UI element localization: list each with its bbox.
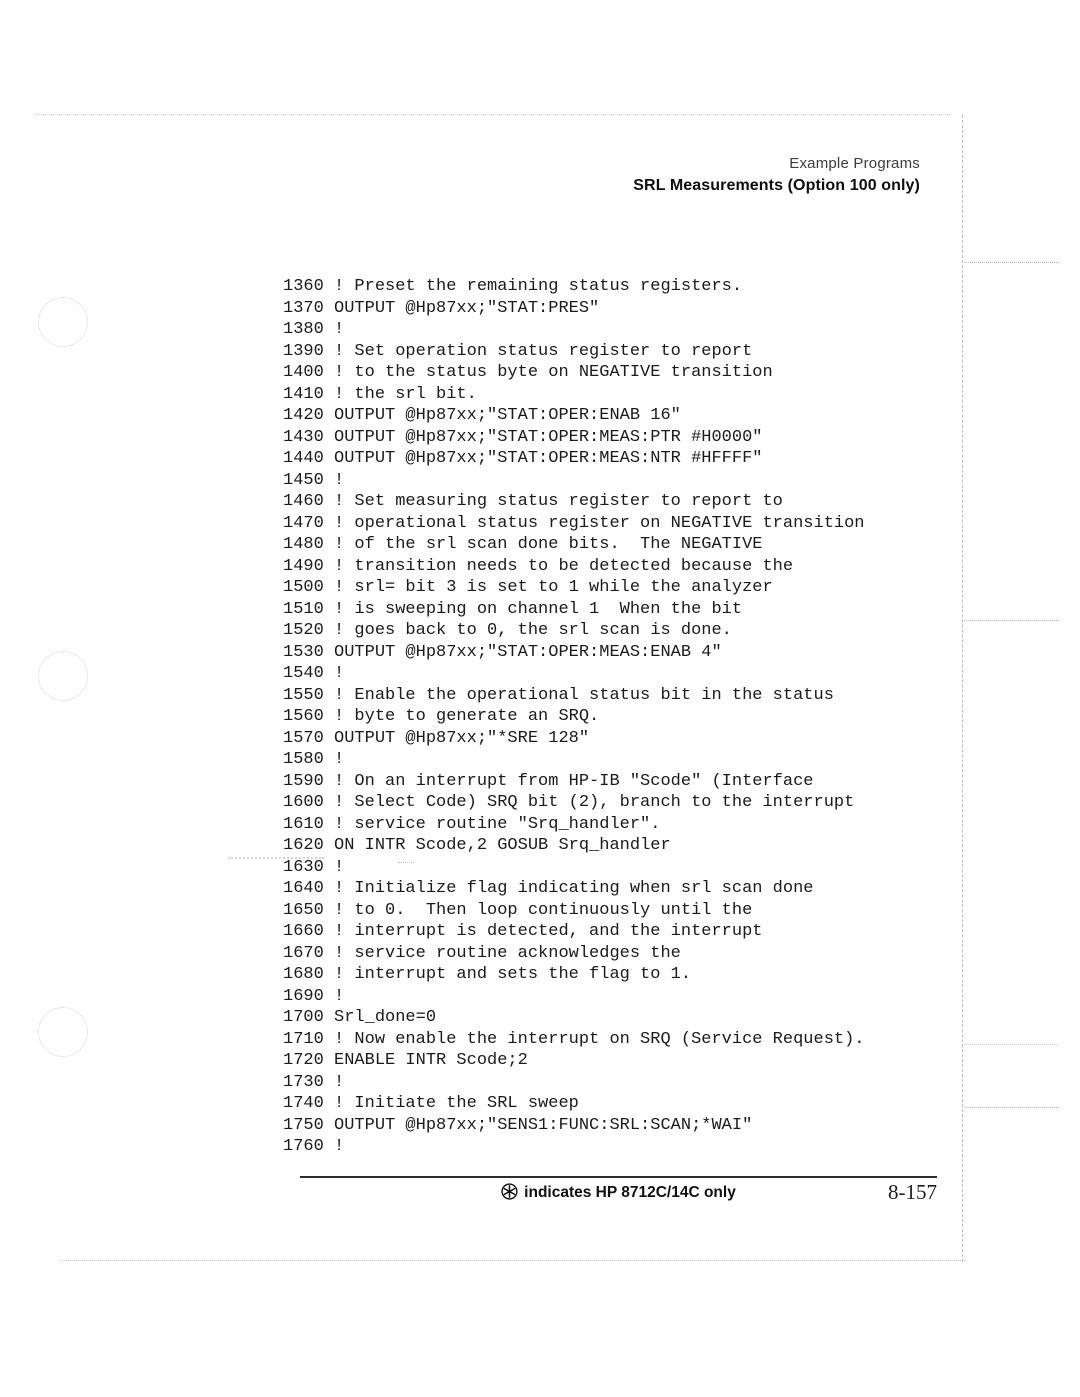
code-line: 1510 ! is sweeping on channel 1 When the… [283,599,865,621]
code-line: 1620 ON INTR Scode,2 GOSUB Srq_handler [283,835,865,857]
footer-note-text: indicates HP 8712C/14C only [524,1184,736,1201]
right-tick-mark [964,262,1059,263]
code-line: 1530 OUTPUT @Hp87xx;"STAT:OPER:MEAS:ENAB… [283,642,865,664]
code-line: 1570 OUTPUT @Hp87xx;"*SRE 128" [283,728,865,750]
code-line: 1660 ! interrupt is detected, and the in… [283,921,865,943]
hole-punch-mark [38,651,88,701]
code-line: 1670 ! service routine acknowledges the [283,943,865,965]
code-line: 1400 ! to the status byte on NEGATIVE tr… [283,362,865,384]
code-line: 1450 ! [283,470,865,492]
code-line: 1740 ! Initiate the SRL sweep [283,1093,865,1115]
code-line: 1650 ! to 0. Then loop continuously unti… [283,900,865,922]
code-line: 1720 ENABLE INTR Scode;2 [283,1050,865,1072]
code-line: 1490 ! transition needs to be detected b… [283,556,865,578]
code-line: 1710 ! Now enable the interrupt on SRQ (… [283,1029,865,1051]
right-tick-mark [964,1107,1059,1108]
code-line: 1410 ! the srl bit. [283,384,865,406]
code-listing: 1360 ! Preset the remaining status regis… [283,276,865,1158]
code-line: 1590 ! On an interrupt from HP-IB "Scode… [283,771,865,793]
page-title: SRL Measurements (Option 100 only) [633,177,920,195]
code-line: 1520 ! goes back to 0, the srl scan is d… [283,620,865,642]
right-dashed-line [962,115,963,1262]
page-header: Example Programs SRL Measurements (Optio… [633,155,920,195]
page-number: 8-157 [888,1180,937,1205]
code-line: 1760 ! [283,1136,865,1158]
code-line: 1480 ! of the srl scan done bits. The NE… [283,534,865,556]
manual-page: Example Programs SRL Measurements (Optio… [0,0,1080,1397]
right-tick-mark [964,620,1059,621]
code-line: 1690 ! [283,986,865,1008]
code-line: 1370 OUTPUT @Hp87xx;"STAT:PRES" [283,298,865,320]
top-dotted-line [35,114,950,115]
code-line: 1680 ! interrupt and sets the flag to 1. [283,964,865,986]
code-line: 1460 ! Set measuring status register to … [283,491,865,513]
code-line: 1420 OUTPUT @Hp87xx;"STAT:OPER:ENAB 16" [283,405,865,427]
footer-rule [300,1176,937,1178]
code-line: 1750 OUTPUT @Hp87xx;"SENS1:FUNC:SRL:SCAN… [283,1115,865,1137]
code-line: 1360 ! Preset the remaining status regis… [283,276,865,298]
code-line: 1440 OUTPUT @Hp87xx;"STAT:OPER:MEAS:NTR … [283,448,865,470]
right-tick-mark [964,1044,1059,1045]
hole-punch-mark [38,297,88,347]
code-line: 1540 ! [283,663,865,685]
code-line: 1730 ! [283,1072,865,1094]
code-line: 1610 ! service routine "Srq_handler". [283,814,865,836]
code-line: 1500 ! srl= bit 3 is set to 1 while the … [283,577,865,599]
code-line: 1560 ! byte to generate an SRQ. [283,706,865,728]
pinwheel-icon [501,1183,518,1205]
bottom-dotted-line [60,1260,965,1261]
hole-punch-mark [38,1007,88,1057]
code-line: 1630 ! [283,857,865,879]
code-line: 1640 ! Initialize flag indicating when s… [283,878,865,900]
code-line: 1380 ! [283,319,865,341]
code-line: 1580 ! [283,749,865,771]
code-line: 1600 ! Select Code) SRQ bit (2), branch … [283,792,865,814]
code-line: 1430 OUTPUT @Hp87xx;"STAT:OPER:MEAS:PTR … [283,427,865,449]
code-line: 1550 ! Enable the operational status bit… [283,685,865,707]
code-line: 1470 ! operational status register on NE… [283,513,865,535]
breadcrumb: Example Programs [633,155,920,172]
footer-note: indicates HP 8712C/14C only [300,1183,937,1205]
code-line: 1390 ! Set operation status register to … [283,341,865,363]
code-line: 1700 Srl_done=0 [283,1007,865,1029]
